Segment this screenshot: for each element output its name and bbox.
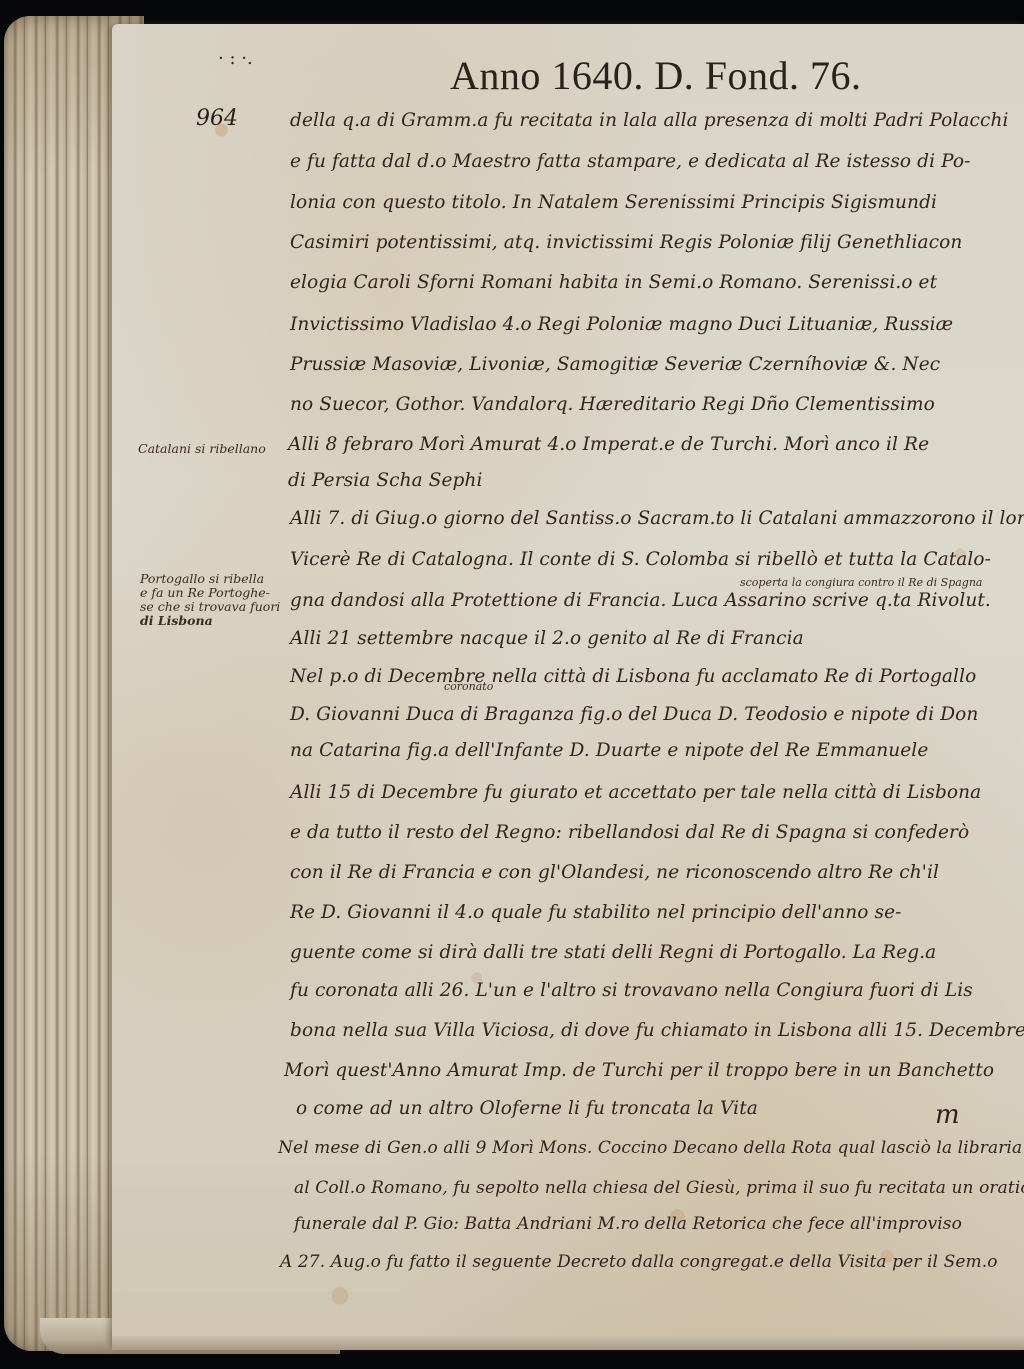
manuscript-photo: · : ·. Anno 1640. D. Fond. 76. 964 Catal… — [0, 0, 1024, 1369]
text-line: Vicerè Re di Catalogna. Il conte di S. C… — [290, 549, 991, 570]
text-line: gna dandosi alla Protettione di Francia.… — [290, 590, 991, 611]
text-line: lonia con questo titolo. In Natalem Sere… — [290, 192, 937, 213]
text-line: guente come si dirà dalli tre stati dell… — [290, 942, 936, 963]
text-line: D. Giovanni Duca di Braganza fig.o del D… — [290, 704, 978, 725]
leaf-bottom-edge — [112, 1336, 1024, 1350]
margin-note-line: Portogallo si ribella — [140, 572, 280, 586]
text-line: bona nella sua Villa Viciosa, di dove fu… — [290, 1020, 1024, 1041]
folio-number: 964 — [196, 106, 238, 131]
interlinear-congiura: scoperta la congiura contro il Re di Spa… — [740, 576, 982, 589]
text-line: Nel mese di Gen.o alli 9 Morì Mons. Cocc… — [278, 1138, 1022, 1158]
text-line: e fu fatta dal d.o Maestro fatta stampar… — [290, 151, 970, 172]
text-line: fu coronata alli 26. L'un e l'altro si t… — [290, 980, 973, 1001]
text-line: Alli 7. di Giug.o giorno del Santiss.o S… — [290, 508, 1024, 529]
text-line: Prussiæ Masoviæ, Livoniæ, Samogitiæ Seve… — [290, 354, 940, 375]
margin-note-catalani: Catalani si ribellano — [138, 442, 266, 456]
text-line: A 27. Aug.o fu fatto il seguente Decreto… — [280, 1252, 998, 1272]
text-line: Invictissimo Vladislao 4.o Regi Poloniæ … — [290, 314, 953, 335]
text-line: Nel p.o di Decembre nella città di Lisbo… — [290, 666, 976, 687]
text-line: elogia Caroli Sforni Romani habita in Se… — [290, 272, 937, 293]
text-line: della q.a di Gramm.a fu recitata in lala… — [290, 110, 1009, 131]
margin-note-line: se che si trovava fuori — [140, 600, 280, 614]
margin-note-line: di Lisbona — [140, 614, 280, 628]
text-line: Morì quest'Anno Amurat Imp. de Turchi pe… — [284, 1060, 994, 1081]
catchword: m — [935, 1100, 960, 1130]
text-line: con il Re di Francia e con gl'Olandesi, … — [290, 862, 939, 883]
text-line: Re D. Giovanni il 4.o quale fu stabilito… — [290, 902, 902, 923]
margin-note-line: e fa un Re Portoghe- — [140, 586, 280, 600]
page-header: Anno 1640. D. Fond. 76. — [450, 52, 862, 99]
text-line: o come ad un altro Oloferne li fu tronca… — [296, 1098, 758, 1119]
text-line: Casimiri potentissimi, atq. invictissimi… — [290, 232, 962, 253]
margin-note-portogallo: Portogallo si ribella e fa un Re Portogh… — [140, 572, 280, 628]
text-line: funerale dal P. Gio: Batta Andriani M.ro… — [294, 1214, 962, 1234]
text-line: Alli 15 di Decembre fu giurato et accett… — [290, 782, 981, 803]
text-line: di Persia Scha Sephi — [288, 470, 483, 491]
text-line: al Coll.o Romano, fu sepolto nella chies… — [294, 1178, 1024, 1198]
margin-note-line: Catalani si ribellano — [138, 442, 266, 456]
corner-marks: · : ·. — [218, 48, 253, 69]
text-line: no Suecor, Gothor. Vandalorq. Hæreditari… — [290, 394, 935, 415]
text-line: Alli 21 settembre nacque il 2.o genito a… — [290, 628, 804, 649]
text-line: na Catarina fig.a dell'Infante D. Duarte… — [290, 740, 928, 761]
text-line: Alli 8 febraro Morì Amurat 4.o Imperat.e… — [288, 434, 929, 455]
text-line: e da tutto il resto del Regno: ribelland… — [290, 822, 969, 843]
